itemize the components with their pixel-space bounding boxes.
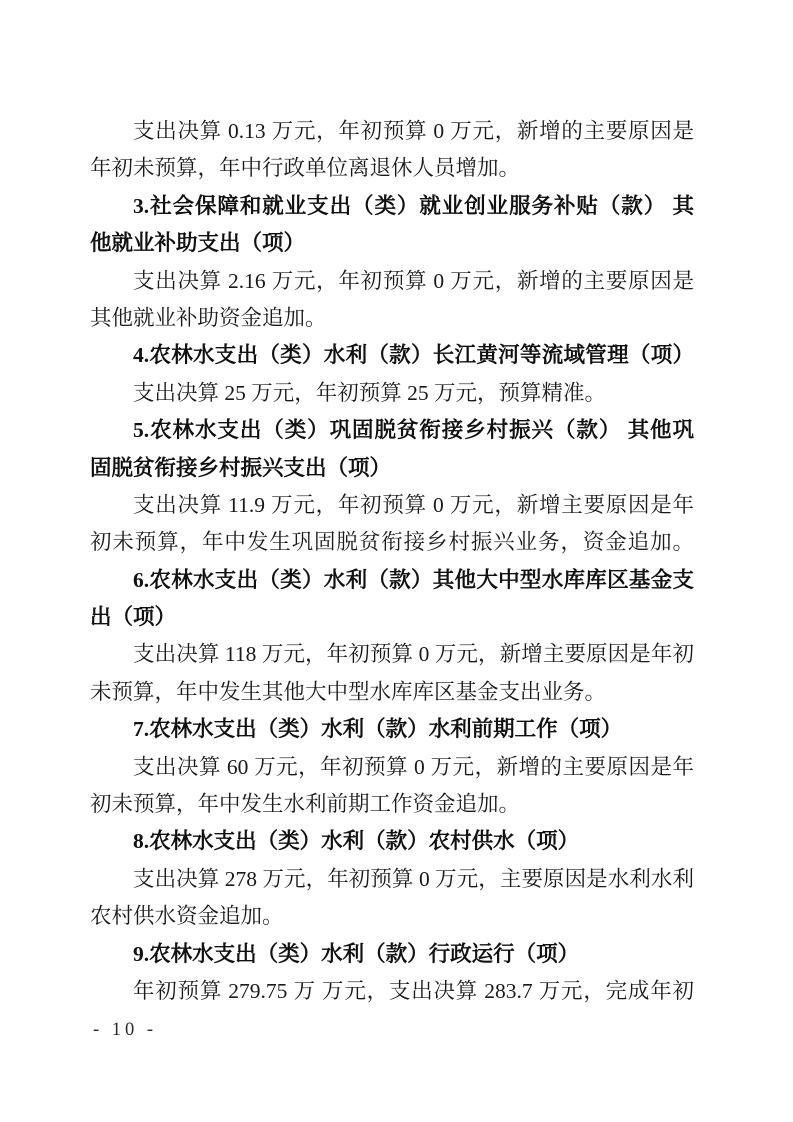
body-line: 未预算，年中发生其他大中型水库库区基金支出业务。 <box>90 674 694 711</box>
heading-line-item-5: 固脱贫衔接乡村振兴支出（项） <box>90 450 694 487</box>
heading-line-item-8: 8.农林水支出（类）水利（款）农村供水（项） <box>90 823 694 860</box>
body-line: 初未预算，年中发生巩固脱贫衔接乡村振兴业务，资金追加。 <box>90 524 694 561</box>
heading-line-item-6: 出（项） <box>90 599 694 636</box>
heading-line-item-3: 他就业补助支出（项） <box>90 225 694 262</box>
body-line: 支出决算 2.16 万元，年初预算 0 万元，新增的主要原因是 <box>90 263 694 300</box>
heading-line-item-4: 4.农林水支出（类）水利（款）长江黄河等流域管理（项） <box>90 337 694 374</box>
body-line: 支出决算 60 万元，年初预算 0 万元，新增的主要原因是年 <box>90 749 694 786</box>
heading-line-item-5: 5.农林水支出（类）巩固脱贫衔接乡村振兴（款） 其他巩 <box>90 412 694 449</box>
body-line: 支出决算 118 万元，年初预算 0 万元，新增主要原因是年初 <box>90 636 694 673</box>
heading-line-item-9: 9.农林水支出（类）水利（款）行政运行（项） <box>90 936 694 973</box>
body-line: 初未预算，年中发生水利前期工作资金追加。 <box>90 786 694 823</box>
body-line: 支出决算 278 万元，年初预算 0 万元，主要原因是水利水利 <box>90 861 694 898</box>
body-line: 农村供水资金追加。 <box>90 898 694 935</box>
document-body: 支出决算 0.13 万元，年初预算 0 万元，新增的主要原因是 年初未预算，年中… <box>90 113 694 1010</box>
page-number: - 10 - <box>93 1016 157 1044</box>
heading-line-item-3: 3.社会保障和就业支出（类）就业创业服务补贴（款） 其 <box>90 188 694 225</box>
body-line: 其他就业补助资金追加。 <box>90 300 694 337</box>
heading-line-item-6: 6.农林水支出（类）水利（款）其他大中型水库库区基金支 <box>90 562 694 599</box>
body-line: 年初预算 279.75 万 万元，支出决算 283.7 万元，完成年初 <box>90 973 694 1010</box>
body-line: 支出决算 0.13 万元，年初预算 0 万元，新增的主要原因是 <box>90 113 694 150</box>
body-line: 支出决算 25 万元，年初预算 25 万元，预算精准。 <box>90 375 694 412</box>
document-page: 支出决算 0.13 万元，年初预算 0 万元，新增的主要原因是 年初未预算，年中… <box>0 0 793 1122</box>
body-line: 支出决算 11.9 万元，年初预算 0 万元，新增主要原因是年 <box>90 487 694 524</box>
heading-line-item-7: 7.农林水支出（类）水利（款）水利前期工作（项） <box>90 711 694 748</box>
body-line: 年初未预算，年中行政单位离退休人员增加。 <box>90 150 694 187</box>
